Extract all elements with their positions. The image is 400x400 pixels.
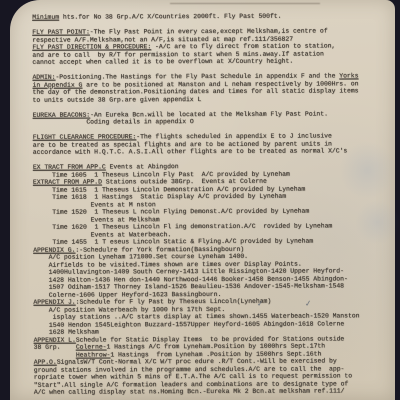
text-line: 1540 Hendon 1545Leighton Buzzard-1557Upp…	[34, 320, 392, 329]
pencil-checkmark: ✓	[256, 300, 264, 309]
typewritten-lines: Minimum hts.for No 38 Grp.A/C X/Countrie…	[32, 12, 392, 396]
text-line: A/C when calling display stat ns.Homing …	[34, 387, 392, 396]
text-line: the day of the demonstration.Positioning…	[32, 87, 390, 96]
pencil-checkmark: ✓	[304, 300, 312, 309]
document-page: Minimum hts.for No 38 Grp.A/C X/Countrie…	[10, 0, 395, 400]
text-line: accordance with H.Q.T.C. A.S.I.All other…	[33, 147, 391, 156]
cutoff-line-top	[170, 0, 320, 4]
